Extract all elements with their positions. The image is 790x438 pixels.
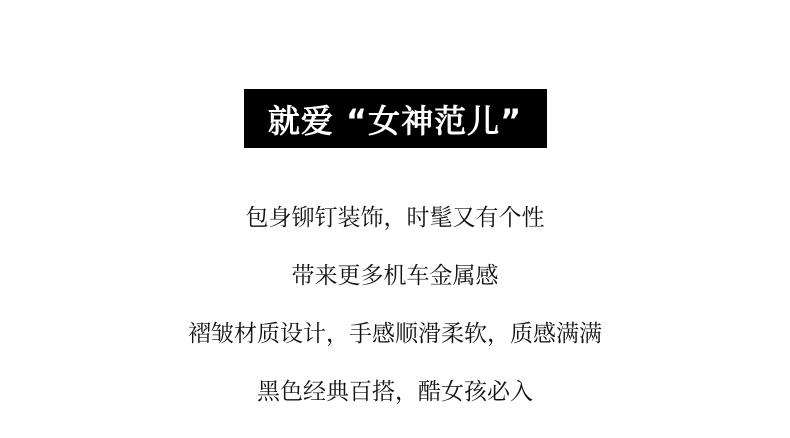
banner-title: 就爱 “女神范儿” — [268, 96, 522, 142]
product-description-page: 就爱 “女神范儿” 包身铆钉装饰，时髦又有个性 带来更多机车金属感 褶皱材质设计… — [0, 0, 790, 438]
description-block: 包身铆钉装饰，时髦又有个性 带来更多机车金属感 褶皱材质设计，手感顺滑柔软，质感… — [0, 189, 790, 421]
description-line-4: 黑色经典百搭，酷女孩必入 — [0, 363, 790, 421]
description-line-1: 包身铆钉装饰，时髦又有个性 — [0, 189, 790, 247]
title-banner: 就爱 “女神范儿” — [244, 89, 547, 148]
description-line-3: 褶皱材质设计，手感顺滑柔软，质感满满 — [0, 305, 790, 363]
description-line-2: 带来更多机车金属感 — [0, 247, 790, 305]
